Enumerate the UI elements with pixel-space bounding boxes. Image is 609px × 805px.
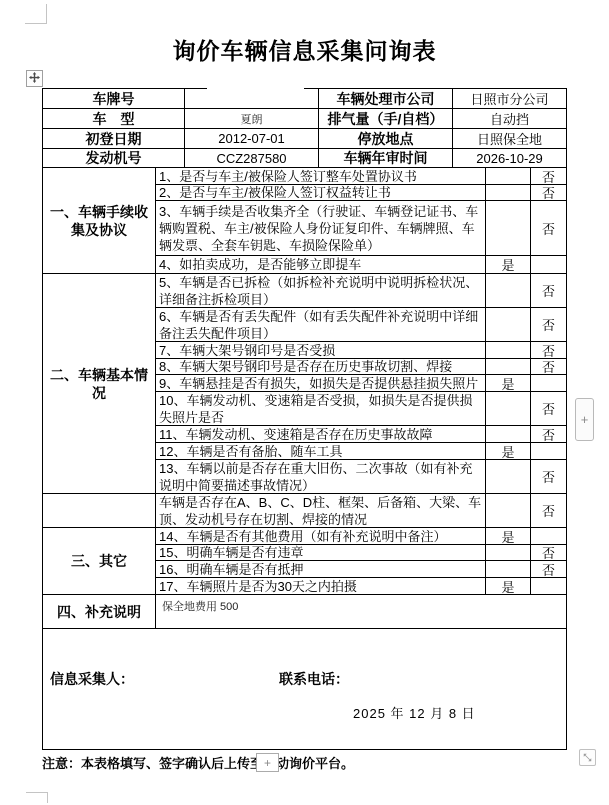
answer-yes-cell: [486, 342, 531, 358]
plus-icon: +: [264, 756, 271, 770]
supplement-content: 保全地费用 500: [156, 595, 566, 628]
question-row: 1、是否与车主/被保险人签订整车处置协议书 否: [156, 168, 566, 185]
question-text: 2、是否与车主/被保险人签订权益转让书: [156, 185, 486, 200]
answer-no-cell: 否: [531, 392, 566, 425]
answer-yes-cell: [486, 561, 531, 577]
question-text: 13、车辆以前是否存在重大旧伤、二次事故（如有补充说明中简要描述事故情况）: [156, 460, 486, 493]
word-document-page: { "title": "询价车辆信息采集问询表", "header": { "r…: [0, 0, 609, 805]
answer-no-cell: 否: [531, 561, 566, 577]
answer-yes-cell: [486, 494, 531, 527]
question-text: 5、车辆是否已拆检（如拆检补充说明中说明拆检状况、详细备注拆检项目）: [156, 274, 486, 307]
answer-no-cell: [531, 443, 566, 459]
field-label-engine-number: 发动机号: [43, 149, 185, 167]
question-text: 17、车辆照片是否为30天之内拍摄: [156, 578, 486, 594]
question-text: 6、车辆是否有丢失配件（如有丢失配件补充说明中详细备注丢失配件项目）: [156, 308, 486, 341]
collector-label: 信息采集人：: [50, 669, 134, 689]
answer-yes-cell: [486, 359, 531, 374]
question-row: 3、车辆手续是否收集齐全（行驶证、车辆登记证书、车辆购置税、车主/被保险人身份证…: [156, 201, 566, 256]
section-label: 二、车辆基本情况: [43, 274, 156, 493]
question-row: 17、车辆照片是否为30天之内拍摄 是: [156, 578, 566, 594]
answer-no-cell: 否: [531, 359, 566, 374]
section-basic-condition: 二、车辆基本情况 5、车辆是否已拆检（如拆检补充说明中说明拆检状况、详细备注拆检…: [43, 274, 566, 494]
section-procedures: 一、车辆手续收集及协议 1、是否与车主/被保险人签订整车处置协议书 否 2、是否…: [43, 168, 566, 274]
anchor-plus-handle[interactable]: +: [256, 753, 279, 772]
move-arrows-icon: [29, 70, 40, 88]
question-text: 14、车辆是否有其他费用（如有补充说明中备注）: [156, 528, 486, 544]
field-value-gearbox: 自动挡: [453, 109, 566, 128]
section-label: 三、其它: [43, 528, 156, 594]
field-value-inspection-due: 2026-10-29: [453, 149, 566, 167]
page-corner-mark-bottom-left: [26, 792, 48, 803]
section-label: 四、补充说明: [43, 595, 156, 628]
field-label-first-registration: 初登日期: [43, 129, 185, 148]
answer-yes-cell: [486, 460, 531, 493]
question-row: 9、车辆悬挂是否有损失，如损失是否提供悬挂损失照片 是: [156, 375, 566, 392]
date-text: 2025 年 12 月 8 日: [353, 703, 476, 722]
question-row: 11、车辆发动机、变速箱是否存在历史事故故障 否: [156, 426, 566, 443]
table-move-handle[interactable]: [26, 70, 43, 87]
phone-label: 联系电话：: [279, 669, 349, 689]
question-row: 10、车辆发动机、变速箱是否受损，如损失是否提供损失照片是否 否: [156, 392, 566, 426]
answer-yes-cell: [486, 426, 531, 442]
field-value-parking-location: 日照保全地: [453, 129, 566, 148]
question-text: 8、车辆大架号钢印号是否存在历史事故切割、焊接: [156, 359, 486, 374]
section-label: [43, 494, 156, 527]
field-label-plate-number: 车牌号: [43, 89, 185, 108]
question-text: 3、车辆手续是否收集齐全（行驶证、车辆登记证书、车辆购置税、车主/被保险人身份证…: [156, 201, 486, 255]
question-row: 7、车辆大架号钢印号是否受损 否: [156, 342, 566, 359]
answer-no-cell: 否: [531, 342, 566, 358]
question-row: 4、如拍卖成功，是否能够立即提车 是: [156, 256, 566, 273]
answer-no-cell: 否: [531, 185, 566, 200]
question-row: 5、车辆是否已拆检（如拆检补充说明中说明拆检状况、详细备注拆检项目） 否: [156, 274, 566, 308]
footer-note: 注意：本表格填写、签字确认后上传至移动询价平台。: [42, 753, 354, 772]
answer-yes-cell: [486, 308, 531, 341]
question-text: 4、如拍卖成功，是否能够立即提车: [156, 256, 486, 273]
question-text: 12、车辆是否有备胎、随车工具: [156, 443, 486, 459]
diagonal-resize-icon: [583, 749, 592, 767]
answer-no-cell: 否: [531, 460, 566, 493]
answer-yes-cell: 是: [486, 256, 531, 273]
field-label-model: 车 型: [43, 109, 185, 128]
answer-no-cell: [531, 256, 566, 273]
field-value-handling-company: 日照市分公司: [453, 89, 566, 108]
answer-no-cell: 否: [531, 308, 566, 341]
answer-yes-cell: 是: [486, 528, 531, 544]
answer-no-cell: [531, 578, 566, 594]
answer-yes-cell: [486, 201, 531, 255]
table-resize-handle[interactable]: [579, 749, 596, 766]
answer-no-cell: 否: [531, 426, 566, 442]
question-row: 16、明确车辆是否有抵押 否: [156, 561, 566, 578]
section-supplement: 四、补充说明 保全地费用 500: [43, 595, 566, 629]
field-value-plate-number: [185, 89, 319, 108]
answer-no-cell: [531, 528, 566, 544]
header-row: 发动机号 CCZ287580 车辆年审时间 2026-10-29: [43, 149, 566, 168]
answer-yes-cell: [486, 545, 531, 560]
question-row: 15、明确车辆是否有违章 否: [156, 545, 566, 561]
question-row: 6、车辆是否有丢失配件（如有丢失配件补充说明中详细备注丢失配件项目） 否: [156, 308, 566, 342]
answer-yes-cell: [486, 392, 531, 425]
section-other: 三、其它 14、车辆是否有其他费用（如有补充说明中备注） 是 15、明确车辆是否…: [43, 528, 566, 595]
question-text: 10、车辆发动机、变速箱是否受损，如损失是否提供损失照片是否: [156, 392, 486, 425]
signature-area: 信息采集人： 联系电话： 2025 年 12 月 8 日: [43, 629, 566, 749]
answer-no-cell: 否: [531, 201, 566, 255]
answer-yes-cell: 是: [486, 443, 531, 459]
field-value-model: 夏朗: [185, 109, 319, 128]
header-row: 车 型 夏朗 排气量（手/自档） 自动挡: [43, 109, 566, 129]
header-row: 初登日期 2012-07-01 停放地点 日照保全地: [43, 129, 566, 149]
header-row: 车牌号 车辆处理市公司 日照市分公司: [43, 89, 566, 109]
question-text: 11、车辆发动机、变速箱是否存在历史事故故障: [156, 426, 486, 442]
answer-no-cell: [531, 375, 566, 391]
question-row: 12、车辆是否有备胎、随车工具 是: [156, 443, 566, 460]
page-corner-mark-top-left: [25, 4, 47, 24]
answer-no-cell: 否: [531, 168, 566, 184]
question-row: 车辆是否存在A、B、C、D柱、框架、后备箱、大梁、车顶、发动机号存在切割、焊接的…: [156, 494, 566, 527]
question-text: 9、车辆悬挂是否有损失，如损失是否提供悬挂损失照片: [156, 375, 486, 391]
question-text: 15、明确车辆是否有违章: [156, 545, 486, 560]
answer-yes-cell: [486, 274, 531, 307]
field-label-inspection-due: 车辆年审时间: [319, 149, 453, 167]
question-row: 13、车辆以前是否存在重大旧伤、二次事故（如有补充说明中简要描述事故情况） 否: [156, 460, 566, 493]
plus-icon: +: [581, 412, 589, 427]
answer-no-cell: 否: [531, 274, 566, 307]
question-text: 车辆是否存在A、B、C、D柱、框架、后备箱、大梁、车顶、发动机号存在切割、焊接的…: [156, 494, 486, 527]
field-label-handling-company: 车辆处理市公司: [319, 89, 453, 108]
page-title: 询价车辆信息采集问询表: [0, 33, 609, 66]
field-label-displacement-gearbox: 排气量（手/自档）: [319, 109, 453, 128]
insert-row-button[interactable]: +: [575, 398, 594, 441]
answer-no-cell: 否: [531, 494, 566, 527]
answer-yes-cell: 是: [486, 375, 531, 391]
question-text: 16、明确车辆是否有抵押: [156, 561, 486, 577]
answer-no-cell: 否: [531, 545, 566, 560]
field-value-engine-number: CCZ287580: [185, 149, 319, 167]
question-row: 14、车辆是否有其他费用（如有补充说明中备注） 是: [156, 528, 566, 545]
answer-yes-cell: [486, 185, 531, 200]
field-label-parking-location: 停放地点: [319, 129, 453, 148]
answer-yes-cell: [486, 168, 531, 184]
section-label: 一、车辆手续收集及协议: [43, 168, 156, 273]
question-row: 2、是否与车主/被保险人签订权益转让书 否: [156, 185, 566, 201]
question-text: 1、是否与车主/被保险人签订整车处置协议书: [156, 168, 486, 184]
section-pillar-cut-weld: 车辆是否存在A、B、C、D柱、框架、后备箱、大梁、车顶、发动机号存在切割、焊接的…: [43, 494, 566, 528]
question-text: 7、车辆大架号钢印号是否受损: [156, 342, 486, 358]
table-top-border-gap: [207, 87, 304, 90]
answer-yes-cell: 是: [486, 578, 531, 594]
field-value-first-registration: 2012-07-01: [185, 129, 319, 148]
vehicle-info-form-table: 车牌号 车辆处理市公司 日照市分公司 车 型 夏朗 排气量（手/自档） 自动挡 …: [42, 88, 567, 750]
